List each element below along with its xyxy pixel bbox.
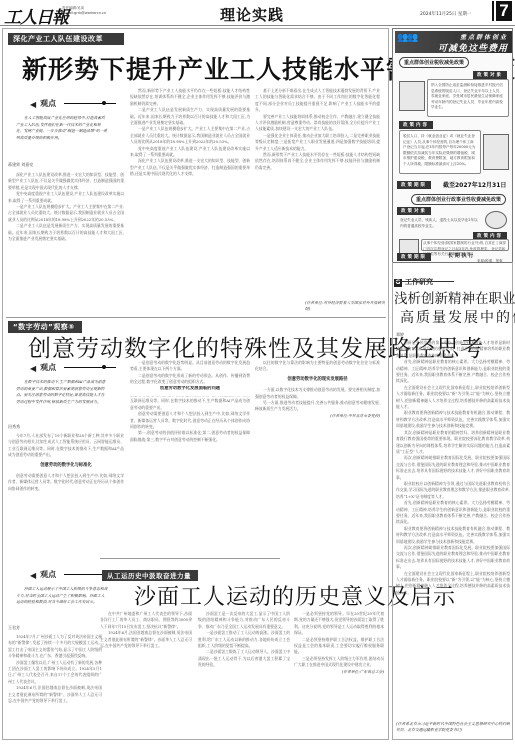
paragraph: 在全面建设社会主义现代化国家新征程上,职业院校培养创新型人才面临新任务。职业院校… bbox=[396, 385, 510, 411]
paragraph: 职业教育要将创新精神与技术技能教育有机融合,推动课程、教材和教学方法改革,打造高… bbox=[396, 526, 510, 545]
paragraph: 要完善产业工人技能培训体系,推动校企合作、产教融合,建立健全技能人才评价激励机制… bbox=[255, 114, 380, 133]
article1-viewpoint: ◀ 观点 在人工智能高度产业化应用的趋势中,打造高素质产业工人队伍,发挥他们在新… bbox=[8, 98, 116, 141]
article2-viewpoint: ◀ 观点 在数字技术的推动下,生产数据和AI产品成为创意劳动的重要产出,数据和算… bbox=[8, 362, 116, 405]
paragraph: 另一方面,推进劳动者技能提升,完善公共服务,推动创意劳动健康发展,释放新质生产力… bbox=[255, 400, 380, 413]
paragraph: 在全面建设社会主义现代化国家新征程上,职业院校培养创新型人才面临新任务。职业院校… bbox=[396, 571, 510, 597]
paragraph: 一是强化企业主体责任,推动企业加大职工培训投入;二是完善职业技能等级认定制度;三… bbox=[255, 133, 380, 152]
work-research-header: G工作研究 bbox=[394, 269, 433, 288]
paragraph: 首先,创新精神是职业教育的核心素养。大力弘扬劳模精神、劳动精神、工匠精神,培养学… bbox=[396, 500, 510, 526]
document-illustration-icon bbox=[483, 134, 509, 170]
paragraph: 三是必须坚持发挥工人阶级主力军作用,团结动员广大职工在推进中国式现代化建设中建功… bbox=[294, 656, 384, 669]
paragraph: 然而,新形势下产业工人技能水平仍存在一些短板:技能人才结构性短缺依然存在,培训体… bbox=[130, 88, 250, 107]
paragraph: 二是产业工人队伍是发展新质生产力、实现高质量发展的重要基础。近年来,国家长期致力… bbox=[8, 223, 124, 242]
article2-subheading-middle: 创意劳动数字化发展面临的问题 bbox=[130, 386, 250, 396]
speaker-icon: ◀ bbox=[30, 363, 36, 373]
work-research-body: 创新是引领发展的第一动力。创新型技术技能人才培养是新时代职业教育高质量发展的重要… bbox=[396, 340, 510, 734]
paragraph: 二是必须坚持维护职工合法权益。维护职工合法权益是工会的基本职责,工会要切实履行维… bbox=[294, 637, 384, 656]
work-research-headline-line2: 高质量发展中的作用 bbox=[400, 307, 515, 327]
policy1-target-text: 纳入全国防止返贫监测和衔接推进乡村振兴信息系统的脱贫人口、登记失业半年以上人员、… bbox=[427, 79, 509, 117]
paragraph: 创新是引领发展的第一动力。创新型技术技能人才培养是新时代职业教育高质量发展的重要… bbox=[396, 340, 510, 359]
tag-policy-period: 政策期限 bbox=[397, 181, 431, 189]
paragraph: 沙面罢工是一次反帝的大罢工,显示了中国工人阶级的团结精神和斗争能力,对推动广东人… bbox=[198, 611, 290, 630]
article1-column-1: 深化产业工人队伍建设改革,推进一支宏大的知识型、技能型、创新型产业工人队伍,不仅… bbox=[8, 172, 124, 300]
paragraph: 再次,创新精神助推职业教育国际化发展。职业院校要加强国际交流与合作,借鉴国际先进… bbox=[396, 455, 510, 481]
subheading: 创意劳动的数字化与标准化 bbox=[8, 463, 124, 469]
paragraph: 首先,创新精神是职业教育的核心素养。大力弘扬劳模精神、劳动精神、工匠精神,培养学… bbox=[396, 359, 510, 385]
viewpoint-rule bbox=[64, 103, 116, 104]
paragraph: 今年7月,人社部发布了19个新职业和28个新工种,其中多个职业与创意劳动相关,比… bbox=[8, 433, 124, 459]
section-divider bbox=[100, 558, 280, 559]
viewpoint-label: 观点 bbox=[40, 569, 56, 580]
viewpoint-label: 观点 bbox=[40, 98, 56, 109]
paragraph: 1924年7月,广州沙面工人为了反对英法帝国主义颁布的“新警律”,发起了持续一个… bbox=[8, 634, 102, 660]
paragraph: 沙面罢工爆发以后,广州工人运动有了新的发展,各种工团在沙面工人罢工的影响下纷纷成… bbox=[8, 660, 102, 686]
paragraph: 第一,创意劳动的价值评价难以标准化;第二,创意劳动者的权益保障面临挑战;第三,数… bbox=[130, 430, 250, 443]
paragraph: 一是沙面罢工推动了工人运动的高涨。沙面罢工的胜利,给广东工人运动以新的推动力,各… bbox=[198, 630, 290, 649]
paragraph: 一是产业工人队伍规模稳步扩大。产业工人主要集中在第二产业,占全部就业人员比重较大… bbox=[130, 126, 250, 145]
paragraph: 一是必须坚持党的领导。早在20世纪20年代初期,党的力量还不够强大,但党领导的沙… bbox=[294, 611, 384, 637]
publication-date: 2024年11月25日 星期一 bbox=[420, 11, 471, 17]
policy2-target-text: 登记失业人员、残疾人、退役士兵以及毕业2年以内的普通高校毕业生。 bbox=[397, 215, 481, 231]
viewpoint-label: 观点 bbox=[40, 362, 56, 373]
work-research-headline-line1: 浅析创新精神在职业教育 bbox=[394, 287, 515, 307]
page-number: 7 bbox=[496, 1, 512, 21]
paragraph: 1924年6月,法国驻越南总督在沙面被刺,英法帝国主义者借此颁布所谓的“新警律”… bbox=[100, 630, 192, 649]
article3-author: 王君芳 bbox=[8, 625, 20, 631]
section-label: 工作研究 bbox=[405, 278, 433, 286]
article1-kicker: 深化产业工人队伍建设改革 bbox=[8, 33, 124, 45]
office-illustration-icon bbox=[399, 81, 425, 111]
paragraph: 职业教育要将创新精神与技术技能教育有机融合,推动课程、教材和教学方法改革,打造高… bbox=[396, 410, 510, 429]
article2-column-1: 今年7月,人社部发布了19个新职业和28个新工种,其中多个职业与创意劳动相关,比… bbox=[8, 433, 124, 555]
article3-column-3: 沙面罢工是一次反帝的大罢工,显示了中国工人阶级的团结精神和斗争能力,对推动广东人… bbox=[198, 611, 290, 734]
article1-column-2: 然而,新形势下产业工人技能水平仍存在一些短板:技能人才结构性短缺依然存在,培训体… bbox=[130, 88, 250, 300]
newspaper-logo: 工人日報 bbox=[4, 3, 68, 28]
section-title: 理论实践 bbox=[220, 4, 284, 25]
policy-infographic: 重点群体创业 可减免这些费用 👥👥 重点群体创业税收减免政策 政策对象 纳入全国… bbox=[392, 28, 513, 263]
policy1-title: 重点群体创业税收减免政策 bbox=[399, 57, 469, 68]
policy2-title: 重点群体创业行政事业性收费减免政策 bbox=[411, 194, 506, 205]
tag-policy-period: 政策期限 bbox=[397, 253, 431, 261]
paragraph: 在中共广州地委和广州工人代表会的领导下,沙面各洋行工厂的华人员工、商店职员、佣役… bbox=[100, 611, 192, 630]
paragraph: 职业院校应以创新精神为引领,通过与国际先进职业教育机构合作交流,学习国际先进的职… bbox=[396, 481, 510, 500]
paragraph: 党中央高度重视产业工人队伍建设,产业工人队伍建设改革实施以来,取得了一系列重要成… bbox=[130, 146, 250, 159]
work-research-author: 郑婷 bbox=[396, 332, 404, 338]
paragraph: 创意劳动需要创意人才和个人想法投入到生产中,比如,网络文学作者、新媒体运营人员等… bbox=[130, 411, 250, 430]
paragraph: 一是产业工人队伍规模稳步扩大。产业工人主要集中在第二产业,占全部就业人员比重较大… bbox=[8, 204, 124, 223]
paragraph: 一方面,以数字化技术为支撑推动创意劳动的发展。要完善相关制度,加强创意劳动者的权… bbox=[255, 387, 380, 400]
viewpoint-rule bbox=[64, 367, 116, 368]
paragraph: 基于上述分析不难看出,在生成式人工智能技术蓬勃发展的背景下,产业工人的技能与智能… bbox=[255, 88, 380, 114]
speaker-icon: ◀ bbox=[30, 570, 36, 580]
article1-signature: (作者单位:对外经济贸易大学国家对外开放研究院) bbox=[305, 300, 385, 314]
paragraph: 二是创意劳动的数字化形成了新的劳动形态。从创作、传播到消费的全过程,数字化改变了… bbox=[130, 373, 250, 386]
tag-policy-target: 政策对象 bbox=[473, 71, 507, 79]
paragraph: 1924年6月,法国驻越南总督在沙面被刺,英法帝国主义者借此颁布所谓的“新警律”… bbox=[8, 685, 102, 704]
speaker-icon: ◀ bbox=[30, 99, 36, 109]
paragraph: 以往的数字化与算法的影响为主要特征的创意劳动数字化往往与标准化结合。 bbox=[255, 360, 380, 373]
editor-info: 责任编辑:吴凤 E-mail:grrb@workercn.cn bbox=[62, 6, 122, 15]
paragraph: 再次,创新精神助推职业教育国际化发展。职业院校要加强国际交流与合作,借鉴国际先进… bbox=[396, 545, 510, 571]
policy1-content-text: 脱贫人口、持《就业创业证》或《就业失业登记证》人员,从事个体经营的,自办理个体工… bbox=[399, 130, 481, 174]
viewpoint-text: 在人工智能高度产业化应用的趋势中,打造高素质产业工人队伍,发挥他们在新一代技术的… bbox=[8, 115, 116, 141]
paragraph: 一是创意劳动的数字化趋势明显。从目前创意劳动的数字化发展趋势看,主要体现在以下两… bbox=[130, 360, 250, 373]
paragraph: 创意劳动需要创意人才和个人想法投入到生产中,比如,网络文学作者、新媒体运营人员等… bbox=[8, 473, 124, 492]
subheading: 创意劳动数字化的现实发展路径 bbox=[255, 377, 380, 383]
article2-column-3: 以往的数字化与算法的影响为主要特征的创意劳动数字化往往与标准化结合。 创意劳动数… bbox=[255, 360, 380, 555]
paragraph: 二是沙面罢工锻炼了工人运动领导人。沙面罢工中涌现出一批工人运动骨干,为以后省港大… bbox=[198, 649, 290, 668]
paragraph: 党中央高度重视产业工人队伍建设,产业工人队伍建设改革实施以来,取得了一系列重要成… bbox=[8, 191, 124, 204]
policy1-deadline: 截至2027年12月31日 bbox=[443, 180, 506, 189]
paragraph: 深化产业工人队伍建设改革,推进一支宏大的知识型、技能型、创新型产业工人队伍,不仅… bbox=[130, 158, 250, 177]
article3-column-1: 1924年7月,广州沙面工人为了反对英法帝国主义颁布的“新警律”,发起了持续一个… bbox=[8, 634, 102, 734]
article1-author: 蒋建荣 刘嘉亮 bbox=[8, 162, 33, 168]
header-underline bbox=[394, 281, 454, 282]
tag-policy-content: 政策内容 bbox=[399, 121, 433, 129]
article1-column-3: 基于上述分析不难看出,在生成式人工智能技术蓬勃发展的背景下,产业工人的技能与智能… bbox=[255, 88, 380, 300]
article3-viewpoint: ◀ 观点 沙面工人运动展示了中国工人阶级的斗争意志和战斗力,对当时全国工人运动产… bbox=[8, 569, 116, 606]
article2-author: 田秀秀 bbox=[8, 424, 20, 430]
people-illustration-icon: 👥👥 bbox=[397, 33, 417, 43]
tag-policy-target: 政策对象 bbox=[397, 207, 431, 215]
paragraph: 然而,新形势下产业工人技能水平仍存在一些短板:技能人才结构性短缺依然存在,培训体… bbox=[255, 152, 380, 171]
section-divider bbox=[6, 317, 386, 318]
article3-column-2: 在中共广州地委和广州工人代表会的领导下,沙面各洋行工厂的华人员工、商店职员、佣役… bbox=[100, 611, 192, 734]
article2-signature: (作者单位:中共北京市委党校) bbox=[255, 413, 380, 419]
work-research-signature: (作者系北京市习近平新时代中国特色社会主义思想研究中心特约研究员、北京交通运输职… bbox=[396, 721, 510, 735]
paragraph: 二是产业工人队伍是发展新质生产力、实现高质量发展的重要基础。近年来,国家长期致力… bbox=[130, 107, 250, 126]
masthead: 工人日報 责任编辑:吴凤 E-mail:grrb@workercn.cn 理论实… bbox=[0, 0, 515, 26]
subheading: 创意劳动数字化发展面临的问题 bbox=[130, 386, 250, 392]
policy2-deadline: 长 期 执 行 bbox=[448, 252, 473, 259]
policy2-content-text: 从事个体经营(除国家限制的行业外)的,自其在工商部门首次注册登记之日起3年内,免… bbox=[421, 239, 509, 251]
editor-email: E-mail:grrb@workercn.cn bbox=[62, 11, 122, 16]
viewpoint-text: 在数字技术的推动下,生产数据和AI产品成为创意劳动的重要产出,数据和算法要素使创… bbox=[8, 379, 116, 405]
article3-signature: (作者单位:广东省总工会) bbox=[294, 669, 384, 675]
article3-column-4: 一是必须坚持党的领导。早在20世纪20年代初期,党的力量还不够强大,但党领导的沙… bbox=[294, 611, 384, 734]
paragraph: 其次,创新精神是职业教育的精神旨归。培养创新精神是职业教育践行教育强国使命的重要… bbox=[396, 430, 510, 456]
viewpoint-text: 沙面工人运动展示了中国工人阶级的斗争意志和战斗力,对当时全国工人运动产生了积极影… bbox=[8, 586, 116, 606]
gears-illustration-icon bbox=[485, 211, 507, 229]
paragraph: 深化产业工人队伍建设改革,推进一支宏大的知识型、技能型、创新型产业工人队伍,不仅… bbox=[8, 172, 124, 191]
